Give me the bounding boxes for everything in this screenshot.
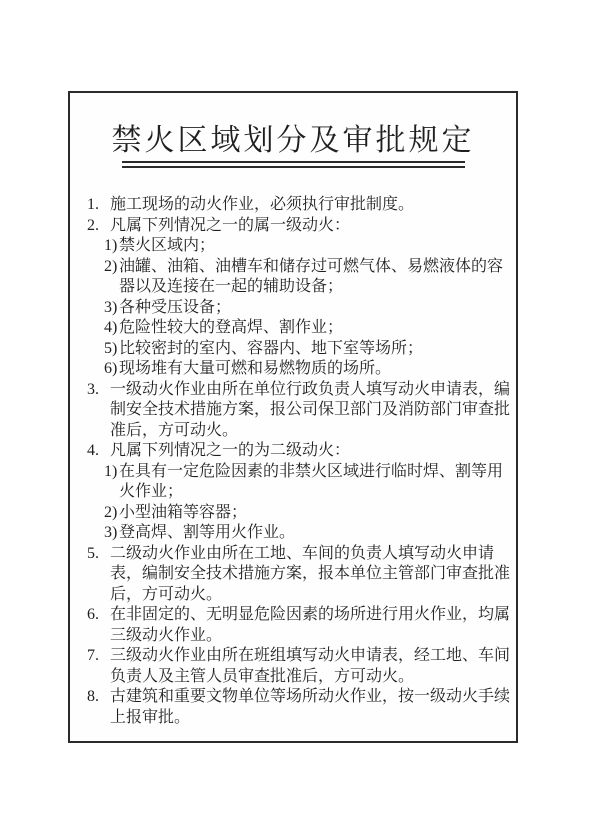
rule-item: 7.三级动火作业由所在班组填写动火申请表，经工地、车间负责人及主管人员审查批准后… [87, 646, 513, 687]
subitem-text: 现场堆有大量可燃和易燃物质的场所。 [119, 360, 391, 377]
rule-subitem: 2)小型油箱等容器； [104, 503, 513, 524]
rule-subitems: 1)禁火区域内； 2)油罐、油箱、油槽车和储存过可燃气体、易燃液体的容器以及连接… [110, 236, 513, 380]
title-block: 禁火区域划分及审批规定 [70, 126, 516, 168]
rule-subitem: 3)各种受压设备； [104, 298, 513, 319]
subitem-text: 比较密封的室内、容器内、地下室等场所； [119, 340, 423, 357]
rule-number: 3. [87, 380, 99, 401]
subitem-number: 1) [104, 236, 117, 257]
subitem-text: 登高焊、割等用火作业。 [119, 524, 295, 541]
rule-number: 1. [87, 195, 99, 216]
rules-list: 1.施工现场的动火作业，必须执行审批制度。 2.凡属下列情况之一的属一级动火： … [87, 195, 513, 728]
rule-number: 5. [87, 544, 99, 565]
rule-text: 凡属下列情况之一的属一级动火： [110, 217, 350, 234]
rule-number: 7. [87, 646, 99, 667]
subitem-number: 4) [104, 318, 117, 339]
rule-text: 古建筑和重要文物单位等场所动火作业，按一级动火手续上报审批。 [110, 688, 510, 726]
rule-item: 4.凡属下列情况之一的为二级动火： 1)在具有一定危险因素的非禁火区域进行临时焊… [87, 441, 513, 544]
rule-text: 二级动火作业由所在工地、车间的负责人填写动火申请表，编制安全技术措施方案，报本单… [110, 545, 510, 603]
rule-item: 5.二级动火作业由所在工地、车间的负责人填写动火申请表，编制安全技术措施方案，报… [87, 544, 513, 606]
subitem-text: 在具有一定危险因素的非禁火区域进行临时焊、割等用火作业； [119, 463, 503, 501]
document-frame: 禁火区域划分及审批规定 1.施工现场的动火作业，必须执行审批制度。 2.凡属下列… [68, 91, 518, 743]
subitem-number: 3) [104, 298, 117, 319]
rule-item: 8.古建筑和重要文物单位等场所动火作业，按一级动火手续上报审批。 [87, 687, 513, 728]
rule-item: 2.凡属下列情况之一的属一级动火： 1)禁火区域内； 2)油罐、油箱、油槽车和储… [87, 216, 513, 380]
subitem-number: 6) [104, 359, 117, 380]
document-title: 禁火区域划分及审批规定 [70, 126, 516, 156]
rule-number: 8. [87, 687, 99, 708]
title-double-underline [122, 161, 465, 168]
rule-text: 一级动火作业由所在单位行政负责人填写动火申请表，编制安全技术措施方案，报公司保卫… [110, 381, 510, 439]
subitem-text: 油罐、油箱、油槽车和储存过可燃气体、易燃液体的容器以及连接在一起的辅助设备； [119, 258, 503, 296]
rule-subitem: 2)油罐、油箱、油槽车和储存过可燃气体、易燃液体的容器以及连接在一起的辅助设备； [104, 257, 513, 298]
rule-number: 4. [87, 441, 99, 462]
rule-number: 6. [87, 605, 99, 626]
rule-text: 施工现场的动火作业，必须执行审批制度。 [110, 196, 414, 213]
subitem-text: 小型油箱等容器； [119, 504, 247, 521]
subitem-text: 危险性较大的登高焊、割作业； [119, 319, 343, 336]
rule-subitem: 3)登高焊、割等用火作业。 [104, 523, 513, 544]
subitem-text: 禁火区域内； [119, 237, 215, 254]
rule-subitems: 1)在具有一定危险因素的非禁火区域进行临时焊、割等用火作业； 2)小型油箱等容器… [110, 462, 513, 544]
subitem-number: 2) [104, 257, 117, 278]
subitem-number: 3) [104, 523, 117, 544]
subitem-number: 5) [104, 339, 117, 360]
subitem-text: 各种受压设备； [119, 299, 231, 316]
rule-text: 在非固定的、无明显危险因素的场所进行用火作业，均属三级动火作业。 [110, 606, 510, 644]
scanned-document-page: { "page": { "background_color": "#ffffff… [0, 0, 590, 835]
rule-text: 三级动火作业由所在班组填写动火申请表，经工地、车间负责人及主管人员审查批准后，方… [110, 647, 510, 685]
rule-item: 3.一级动火作业由所在单位行政负责人填写动火申请表，编制安全技术措施方案，报公司… [87, 380, 513, 442]
rule-subitem: 5)比较密封的室内、容器内、地下室等场所； [104, 339, 513, 360]
rule-text: 凡属下列情况之一的为二级动火： [110, 442, 350, 459]
rule-subitem: 1)禁火区域内； [104, 236, 513, 257]
rule-subitem: 4)危险性较大的登高焊、割作业； [104, 318, 513, 339]
rule-subitem: 1)在具有一定危险因素的非禁火区域进行临时焊、割等用火作业； [104, 462, 513, 503]
rule-number: 2. [87, 216, 99, 237]
rule-subitem: 6)现场堆有大量可燃和易燃物质的场所。 [104, 359, 513, 380]
subitem-number: 1) [104, 462, 117, 483]
rule-item: 6.在非固定的、无明显危险因素的场所进行用火作业，均属三级动火作业。 [87, 605, 513, 646]
subitem-number: 2) [104, 503, 117, 524]
rule-item: 1.施工现场的动火作业，必须执行审批制度。 [87, 195, 513, 216]
